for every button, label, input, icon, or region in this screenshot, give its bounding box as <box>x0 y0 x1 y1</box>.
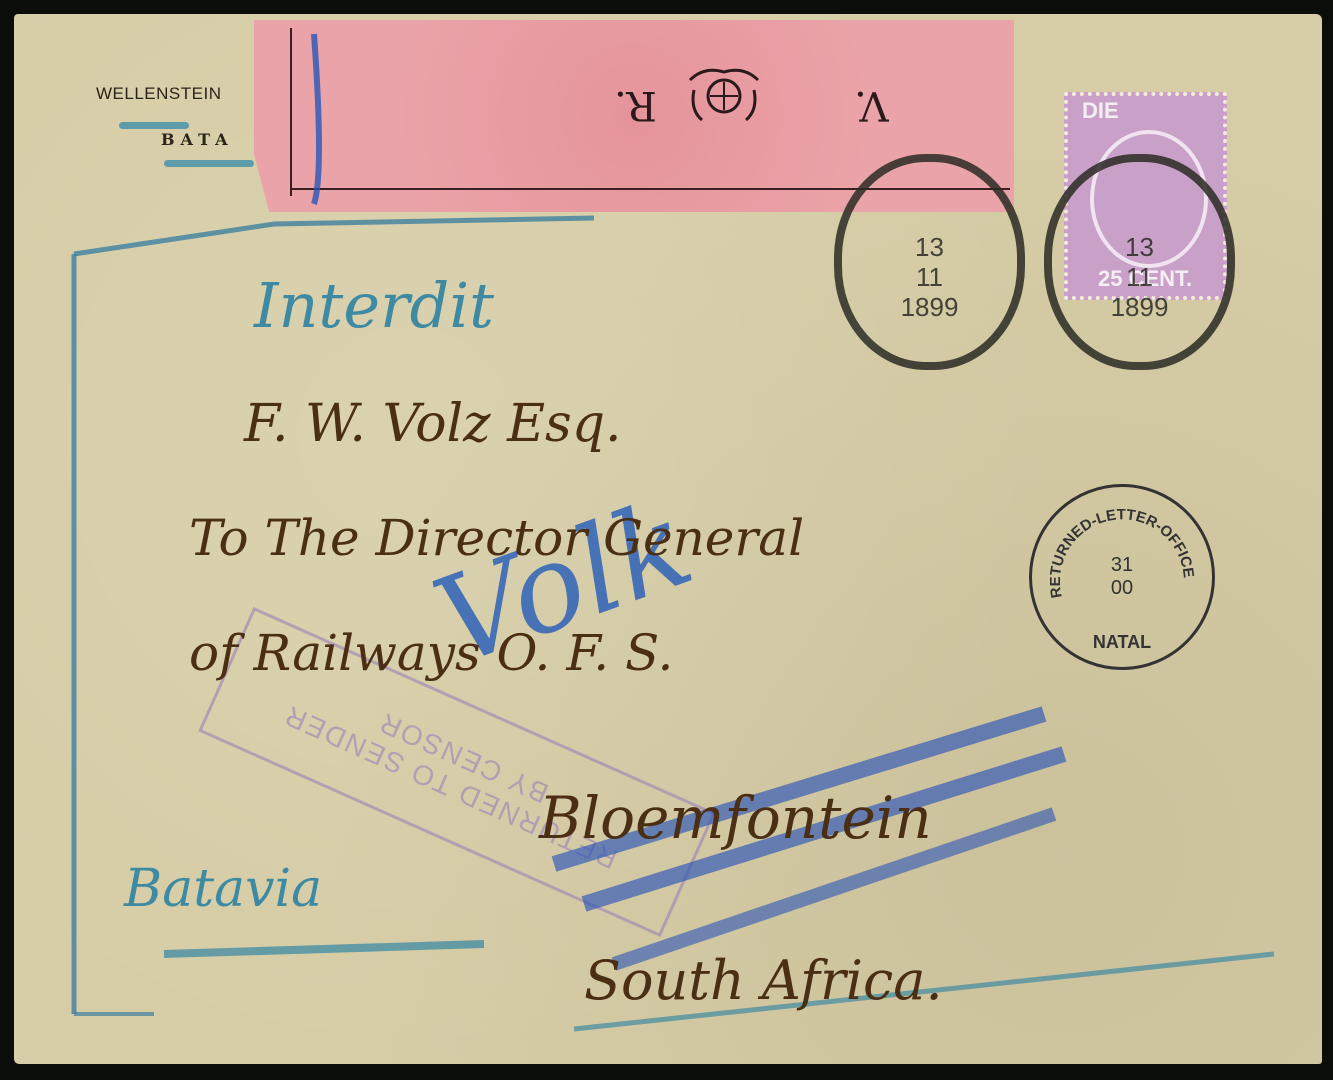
envelope: WELLENSTEIN BATA V. R. DIE 25 CENT. 13 1… <box>14 14 1322 1064</box>
address-line-1: F. W. Volz Esq. <box>244 394 622 454</box>
note-batavia: Batavia <box>124 859 322 919</box>
address-line-4: Bloemfontein <box>539 784 932 852</box>
note-interdit: Interdit <box>254 269 494 342</box>
address-line-5: South Africa. <box>584 949 943 1012</box>
address-line-2: To The Director General <box>189 509 804 567</box>
address-line-3: of Railways O. F. S. <box>189 624 673 682</box>
